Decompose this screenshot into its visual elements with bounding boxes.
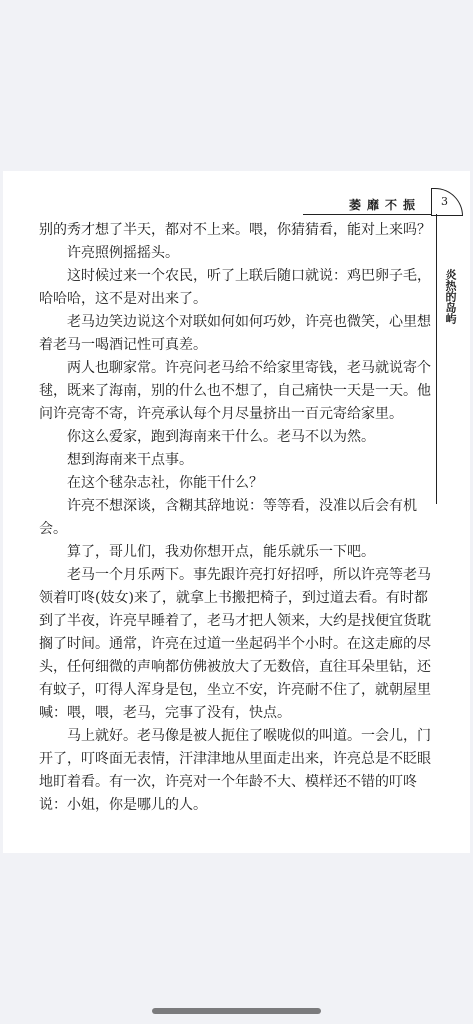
side-divider bbox=[436, 214, 437, 504]
body-text: 别的秀才想了半天，都对不上来。喂，你猜猜看，能对上来吗？ 许亮照例摇摇头。 这时… bbox=[39, 219, 431, 817]
chapter-side-label: 炎热的岛屿 bbox=[443, 269, 457, 324]
page-number-tab: 3 bbox=[431, 188, 463, 216]
paragraph: 老马边笑边说这个对联如何如何巧妙，许亮也微笑，心里想着老马一喝酒记性可真差。 bbox=[39, 311, 431, 357]
page-number: 3 bbox=[441, 195, 448, 208]
home-indicator[interactable] bbox=[152, 1008, 321, 1014]
paragraph: 马上就好。老马像是被人扼住了喉咙似的叫道。一会儿，门开了，叮咚面无表情，汗津津地… bbox=[39, 725, 431, 817]
paragraph: 两人也聊家常。许亮问老马给不给家里寄钱，老马就说寄个毬，既来了海南，别的什么也不… bbox=[39, 357, 431, 426]
paragraph: 你这么爱家，跑到海南来干什么。老马不以为然。 bbox=[39, 426, 431, 449]
paragraph: 别的秀才想了半天，都对不上来。喂，你猜猜看，能对上来吗？ bbox=[39, 219, 431, 242]
paragraph: 在这个毬杂志社，你能干什么？ bbox=[39, 472, 431, 495]
paragraph: 想到海南来干点事。 bbox=[39, 449, 431, 472]
header-title: 萎靡不振 bbox=[349, 196, 421, 213]
running-header: 萎靡不振 bbox=[303, 194, 431, 215]
paragraph: 这时候过来一个农民，听了上联后随口就说：鸡巴卵子毛，哈哈哈，这不是对出来了。 bbox=[39, 265, 431, 311]
paragraph: 老马一个月乐两下。事先跟许亮打好招呼，所以许亮等老马领着叮咚(妓女)来了，就拿上… bbox=[39, 564, 431, 725]
book-page: 萎靡不振 3 炎热的岛屿 别的秀才想了半天，都对不上来。喂，你猜猜看，能对上来吗… bbox=[3, 171, 470, 853]
paragraph: 许亮照例摇摇头。 bbox=[39, 242, 431, 265]
paragraph: 算了，哥儿们，我劝你想开点，能乐就乐一下吧。 bbox=[39, 541, 431, 564]
paragraph: 许亮不想深谈，含糊其辞地说：等等看，没准以后会有机会。 bbox=[39, 495, 431, 541]
